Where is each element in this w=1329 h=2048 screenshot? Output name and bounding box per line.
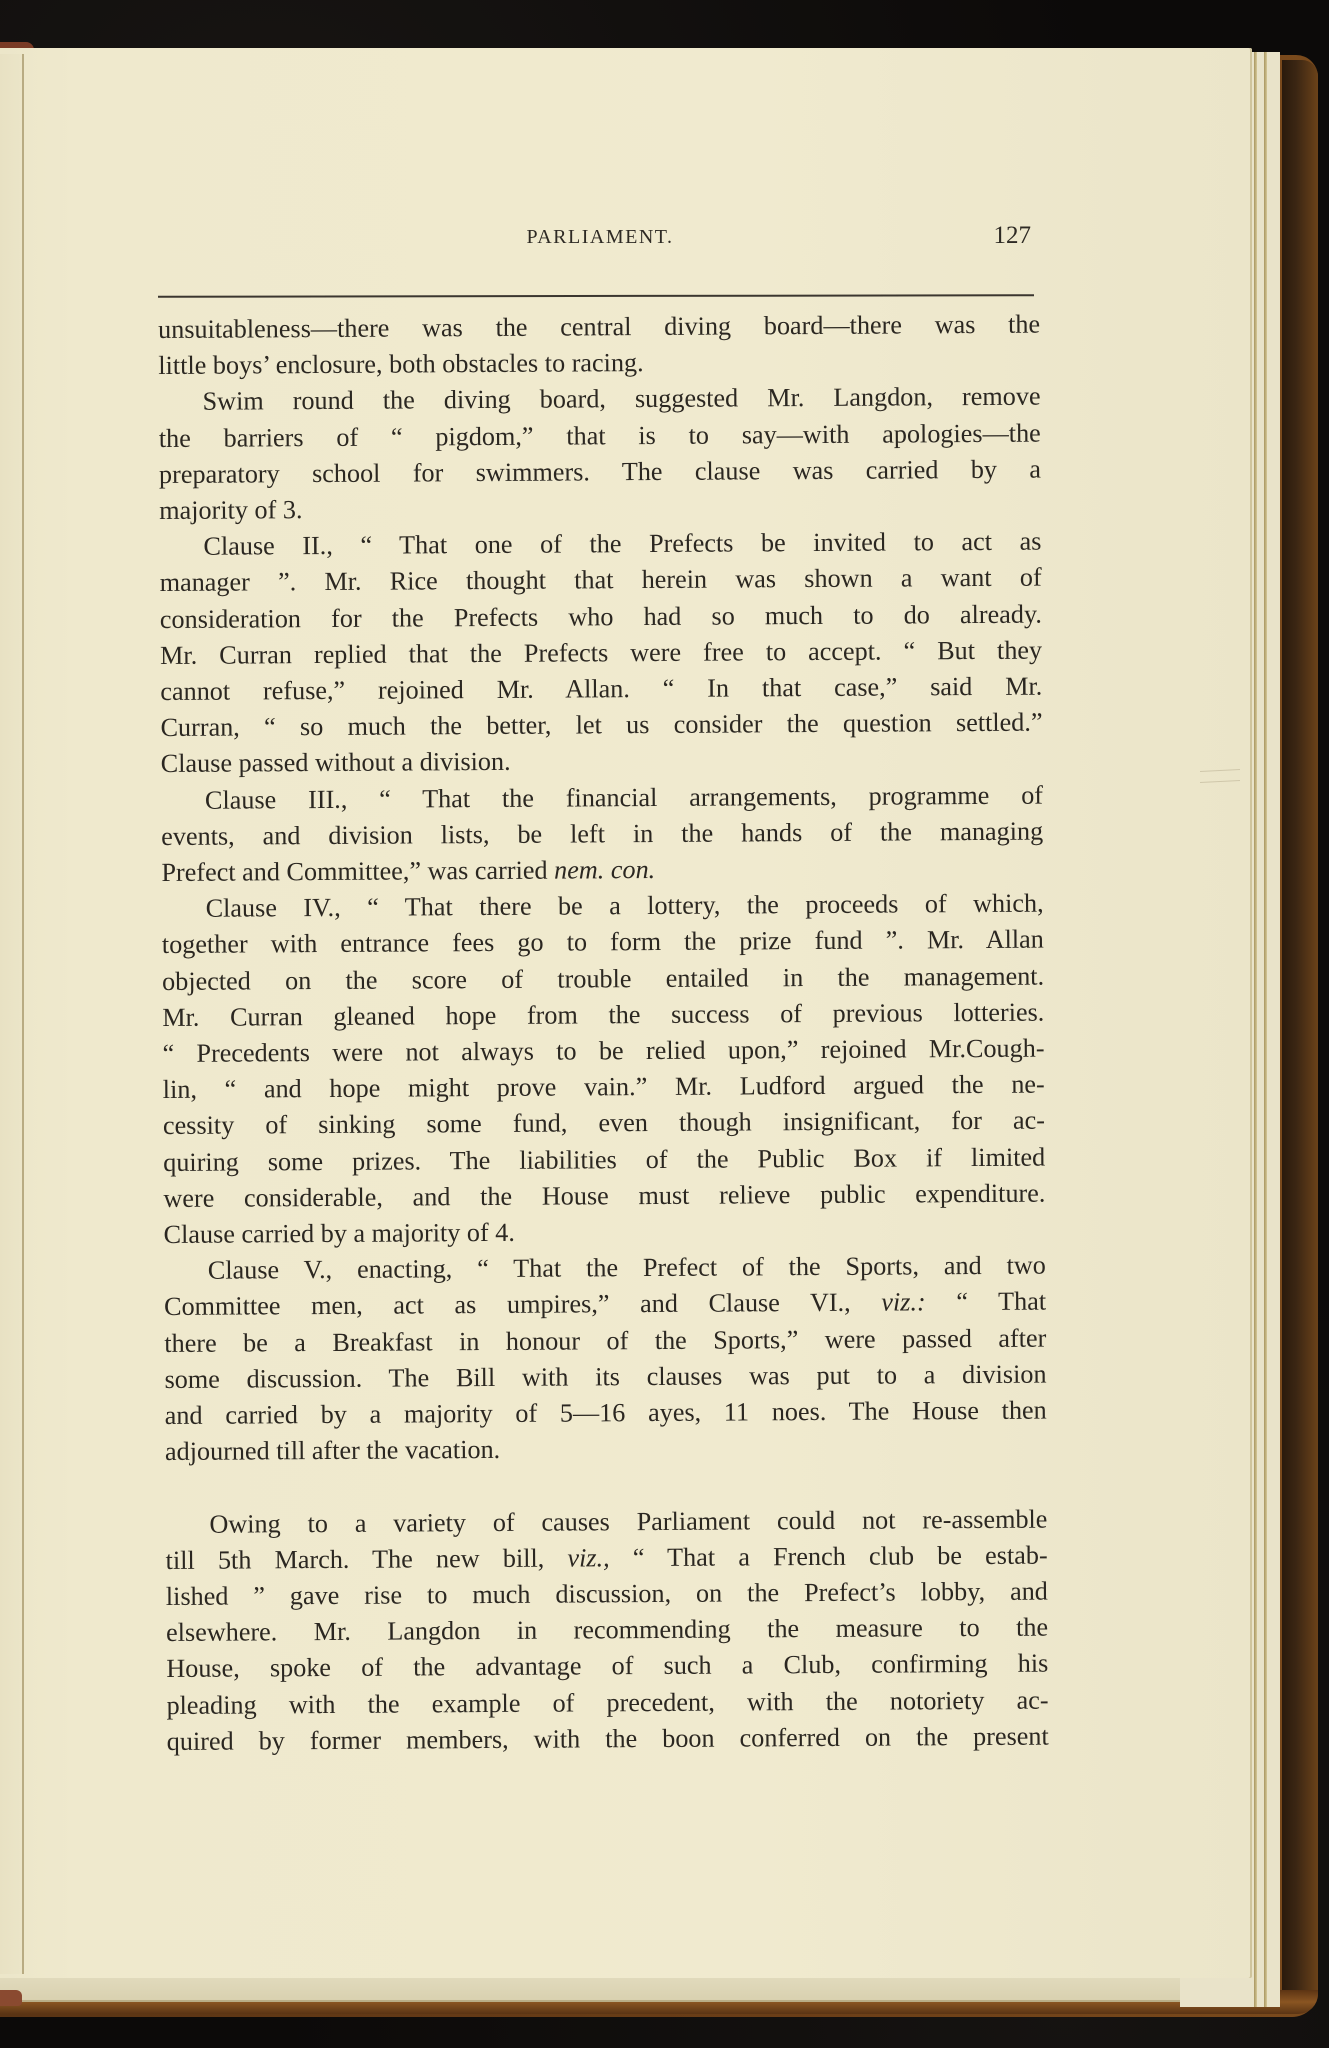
text-line: some discussion. The Bill with its claus… [164,1356,1046,1398]
paragraph: Clause V., enacting, “ That the Prefect … [164,1248,1047,1471]
body-text: unsuitableness—there was the central div… [158,307,1049,1760]
text-line: Curran, “ so much the better, let us con… [160,705,1042,747]
italic-phrase: viz., [567,1543,609,1572]
text-line: Mr. Curran gleaned hope from the success… [162,994,1044,1036]
text-line: Swim round the diving board, suggested M… [158,379,1040,421]
text-line: Owing to a variety of causes Parliament … [165,1501,1047,1543]
text-line: Clause III., “ That the financial arrang… [161,777,1043,819]
text-run: till 5th March. The new bill, [166,1543,568,1574]
facing-page-edge [0,54,24,1974]
text-line: consideration for the Prefects who had s… [160,596,1042,638]
text-line: little boys’ enclosure, both obstacles t… [158,343,1040,385]
text-line: events, and division lists, be left in t… [161,813,1043,855]
paragraph: Swim round the diving board, suggested M… [158,379,1041,529]
text-line: cannot refuse,” rejoined Mr. Allan. “ In… [160,669,1042,711]
text-line: quiring some prizes. The liabilities of … [163,1139,1045,1181]
text-line: Clause passed without a division. [161,741,1043,783]
text-line: there be a Breakfast in honour of the Sp… [164,1320,1046,1362]
text-line: preparatory school for swimmers. The cla… [159,451,1041,493]
text-run: Committee men, act as umpires,” and Clau… [164,1288,881,1321]
text-line: pleading with the example of precedent, … [166,1682,1048,1724]
text-line: objected on the score of trouble entaile… [162,958,1044,1000]
text-line: elsewhere. Mr. Langdon in recommending t… [166,1610,1048,1652]
page-edge-line [1264,52,1267,2007]
book-cover-spine-edge [1282,60,1318,2010]
text-line: were considerable, and the House must re… [163,1175,1045,1217]
text-line: majority of 3. [159,488,1041,530]
paragraph: Clause IV., “ That there be a lottery, t… [162,886,1046,1253]
text-run: “ That [926,1287,1047,1317]
paragraph: Clause III., “ That the financial arrang… [161,777,1044,891]
text-line: Clause II., “ That one of the Prefects b… [159,524,1041,566]
text-line: lin, “ and hope might prove vain.” Mr. L… [163,1067,1045,1109]
italic-phrase: viz.: [881,1288,926,1317]
text-line: Prefect and Committee,” was carried nem.… [161,850,1043,892]
text-line: Mr. Curran replied that the Prefects wer… [160,632,1042,674]
paragraph: unsuitableness—there was the central div… [158,307,1040,385]
running-title: PARLIAMENT. [155,226,1045,249]
text-line: lished ” gave rise to much discussion, o… [166,1573,1048,1615]
text-line: and carried by a majority of 5—16 ayes, … [165,1393,1047,1435]
text-line: “ Precedents were not always to be relie… [162,1031,1044,1073]
page-number: 127 [994,222,1032,250]
text-line: Committee men, act as umpires,” and Clau… [164,1284,1046,1326]
left-cover-corner-bottom [0,1990,22,2006]
page-edge-line [1254,52,1257,2007]
paragraph: Clause II., “ That one of the Prefects b… [159,524,1043,783]
text-line: unsuitableness—there was the central div… [158,307,1040,349]
text-run: “ That a French club be estab- [610,1540,1048,1572]
text-line: cessity of sinking some fund, even thoug… [163,1103,1045,1145]
running-head: PARLIAMENT. 127 [155,222,1045,252]
text-line: the barriers of “ pigdom,” that is to sa… [159,415,1041,457]
margin-pencil-mark [1200,769,1240,783]
text-line: House, spoke of the advantage of such a … [166,1646,1048,1688]
text-line: Clause V., enacting, “ That the Prefect … [164,1248,1046,1290]
text-line: quired by former members, with the boon … [167,1718,1049,1760]
text-line: Clause IV., “ That there be a lottery, t… [162,886,1044,928]
italic-phrase: nem. con. [554,855,655,885]
text-line: manager ”. Mr. Rice thought that herein … [160,560,1042,602]
text-line: Clause carried by a majority of 4. [164,1212,1046,1254]
paragraph: Owing to a variety of causes Parliament … [165,1501,1049,1760]
text-line: adjourned till after the vacation. [165,1429,1047,1471]
text-run: Prefect and Committee,” was carried [161,856,554,887]
text-line: together with entrance fees go to form t… [162,922,1044,964]
text-line: till 5th March. The new bill, viz., “ Th… [166,1537,1048,1579]
